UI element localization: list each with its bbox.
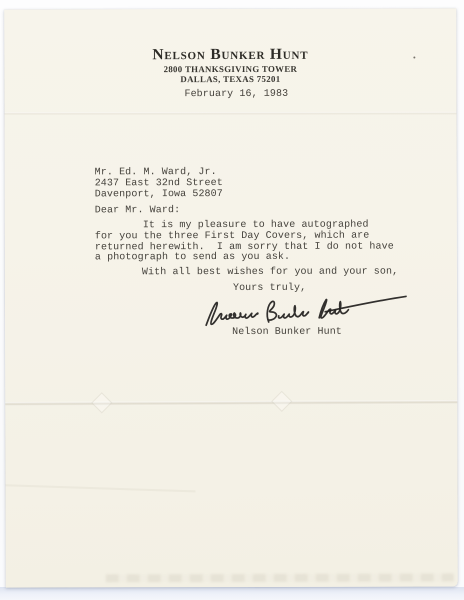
recipient-name: Mr. Ed. M. Ward, Jr. [95, 167, 223, 179]
scanner-background-strip [0, 587, 464, 600]
letterhead-name: Nelson Bunker Hunt [4, 45, 456, 64]
body-line: a photograph to send as you ask. [95, 253, 394, 265]
recipient-street: 2437 East 32nd Street [95, 178, 223, 190]
fold-crease-faint [6, 484, 196, 492]
fold-crease-top [5, 112, 457, 115]
crease-wrinkle [91, 392, 112, 413]
signature-script [198, 288, 412, 333]
fold-crease-middle [5, 400, 457, 406]
salutation: Dear Mr. Ward: [95, 205, 180, 216]
scanned-letter-image: Nelson Bunker Hunt 2800 THANKSGIVING TOW… [0, 0, 464, 600]
date-line: February 16, 1983 [184, 89, 288, 100]
crease-wrinkle [271, 391, 292, 412]
closing-line: With all best wishes for you and your so… [142, 267, 398, 279]
letter-paper: Nelson Bunker Hunt 2800 THANKSGIVING TOW… [4, 8, 458, 587]
recipient-address-block: Mr. Ed. M. Ward, Jr. 2437 East 32nd Stre… [95, 167, 223, 201]
body-paragraph: It is my pleasure to have autographed fo… [95, 221, 394, 265]
paper-speck [413, 57, 415, 59]
typed-signature-name: Nelson Bunker Hunt [232, 327, 342, 338]
recipient-city: Davenport, Iowa 52807 [95, 189, 223, 201]
ink-show-through [106, 573, 454, 582]
letterhead-address-line-2: DALLAS, TEXAS 75201 [4, 73, 456, 84]
